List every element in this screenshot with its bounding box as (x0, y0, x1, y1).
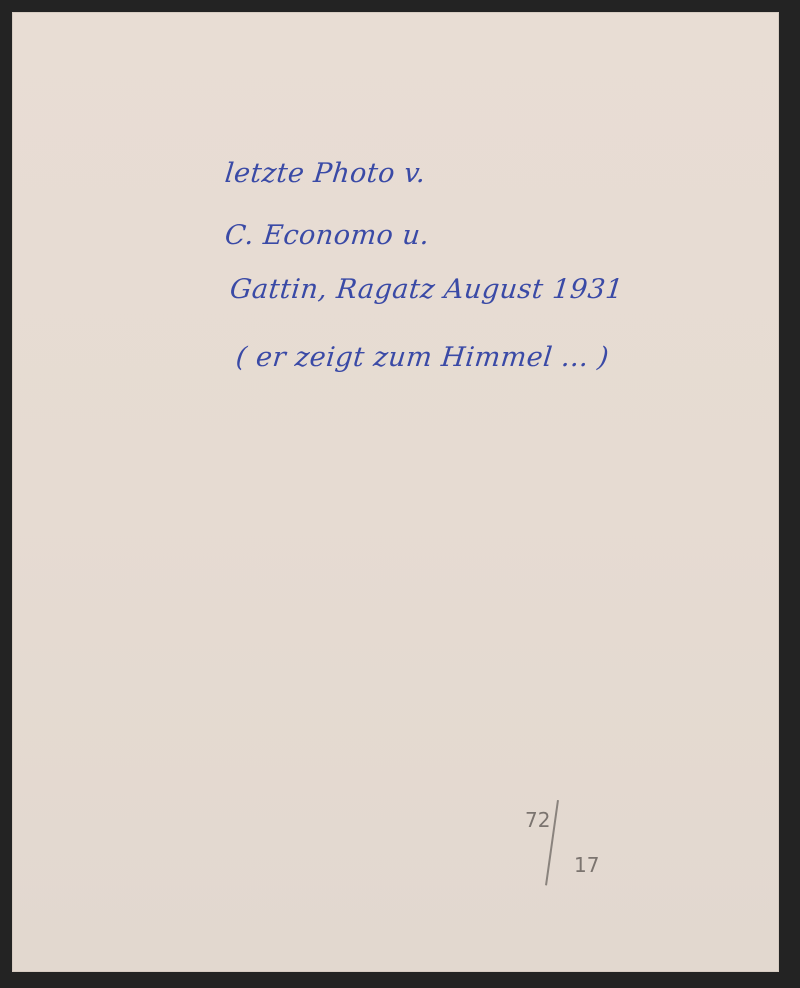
paper-sheet: letzte Photo v. C. Economo u. Gattin, Ra… (12, 12, 779, 972)
handwriting-line-4: ( er zeigt zum Himmel ... ) (234, 342, 610, 373)
handwriting-line-1: letzte Photo v. (223, 158, 427, 189)
handwriting-line-3: Gattin, Ragatz August 1931 (228, 274, 624, 305)
handwriting-line-2: C. Economo u. (223, 220, 431, 251)
pencil-number-bottom: 17 (574, 853, 599, 877)
pencil-number-top: 72 (525, 808, 550, 832)
